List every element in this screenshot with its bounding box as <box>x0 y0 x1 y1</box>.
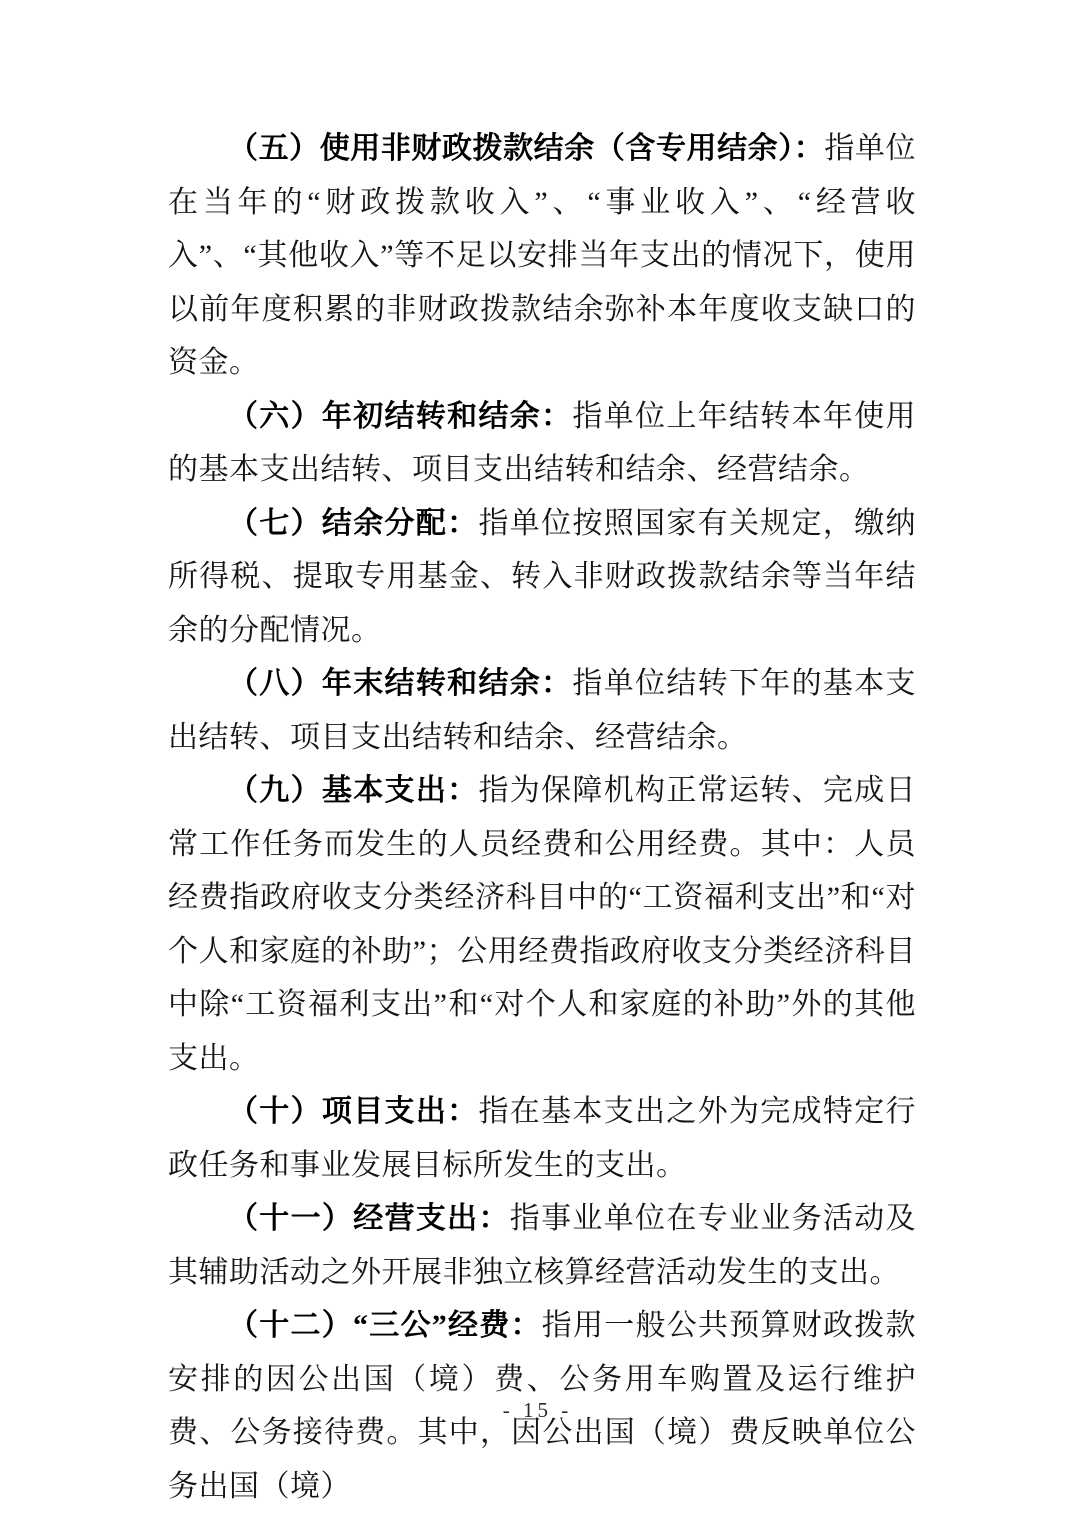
paragraph-definition-9: （九）基本支出：指为保障机构正常运转、完成日常工作任务而发生的人员经费和公用经费… <box>168 764 916 1085</box>
paragraph-definition-5: （五）使用非财政拨款结余（含专用结余）：指单位在当年的“财政拨款收入”、“事业收… <box>168 122 916 390</box>
paragraph-heading: （十二）“三公”经费： <box>228 1309 542 1342</box>
paragraph-heading: （八）年末结转和结余： <box>228 667 572 700</box>
paragraph-text: 指单位在当年的“财政拨款收入”、“事业收入”、“经营收入”、“其他收入”等不足以… <box>168 132 916 379</box>
paragraph-heading: （十）项目支出： <box>228 1095 478 1128</box>
paragraph-definition-6: （六）年初结转和结余：指单位上年结转本年使用的基本支出结转、项目支出结转和结余、… <box>168 390 916 497</box>
document-page: （五）使用非财政拨款结余（含专用结余）：指单位在当年的“财政拨款收入”、“事业收… <box>0 0 1075 1520</box>
paragraph-heading: （七）结余分配： <box>228 507 478 540</box>
paragraph-definition-10: （十）项目支出：指在基本支出之外为完成特定行政任务和事业发展目标所发生的支出。 <box>168 1085 916 1192</box>
paragraph-heading: （六）年初结转和结余： <box>228 400 572 433</box>
paragraph-definition-8: （八）年末结转和结余：指单位结转下年的基本支出结转、项目支出结转和结余、经营结余… <box>168 657 916 764</box>
paragraph-text: 指为保障机构正常运转、完成日常工作任务而发生的人员经费和公用经费。其中：人员经费… <box>168 774 916 1075</box>
paragraph-definition-7: （七）结余分配：指单位按照国家有关规定，缴纳所得税、提取专用基金、转入非财政拨款… <box>168 497 916 658</box>
document-body: （五）使用非财政拨款结余（含专用结余）：指单位在当年的“财政拨款收入”、“事业收… <box>168 122 916 1513</box>
page-number: - 15 - <box>0 1398 1075 1423</box>
paragraph-definition-11: （十一）经营支出：指事业单位在专业业务活动及其辅助活动之外开展非独立核算经营活动… <box>168 1192 916 1299</box>
paragraph-heading: （五）使用非财政拨款结余（含专用结余）： <box>228 132 824 165</box>
paragraph-heading: （十一）经营支出： <box>228 1202 510 1235</box>
paragraph-heading: （九）基本支出： <box>228 774 478 807</box>
